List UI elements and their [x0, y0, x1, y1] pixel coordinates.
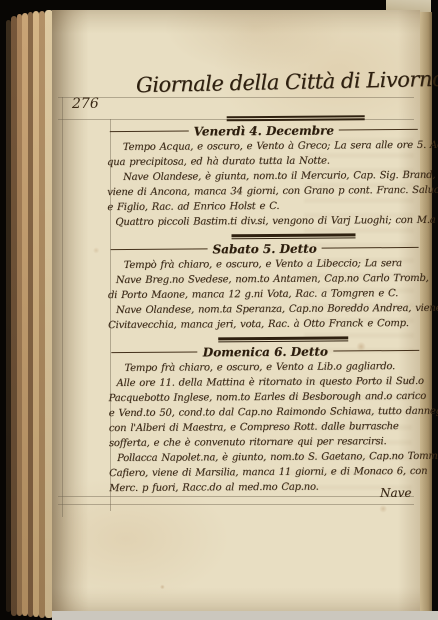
entry-divider-rule	[218, 336, 348, 342]
catchword: Nave	[380, 486, 412, 500]
ruled-margin-line	[58, 496, 414, 497]
ruled-margin-line	[58, 504, 414, 505]
entry-divider-rule	[232, 233, 356, 239]
page-title: Giornale della Città di Livorno	[136, 67, 438, 97]
manuscript-line: viene di Ancona, manca 34 giorni, con Gr…	[105, 183, 423, 200]
scanner-bed-strip	[52, 611, 438, 620]
entry-date-heading: Domenica 6. Detto	[203, 344, 328, 359]
entry-date-heading: Venerdì 4. Decembre	[194, 123, 334, 138]
folio-number: 276	[72, 96, 99, 112]
journal-entry-friday: Venerdì 4. Decembre Tempo Acqua, e oscur…	[105, 115, 424, 230]
ruled-margin-line	[58, 97, 414, 98]
heading-dash-rule	[110, 131, 189, 133]
heading-dash-rule	[322, 247, 419, 249]
heading-dash-rule	[339, 129, 418, 131]
entry-date-heading: Sabato 5. Detto	[212, 241, 316, 256]
entry-divider-rule	[227, 115, 365, 121]
ruled-margin-line	[62, 97, 63, 517]
manuscript-page: 276 Giornale della Città di Livorno Vene…	[52, 10, 420, 611]
heading-dash-rule	[333, 350, 419, 352]
entry-heading-row: Venerdì 4. Decembre	[105, 121, 423, 140]
journal-entry-sunday: Domenica 6. Detto Tempo frà chiaro, e os…	[106, 336, 425, 496]
heading-dash-rule	[111, 351, 197, 353]
journal-text-block: Venerdì 4. Decembre Tempo Acqua, e oscur…	[105, 115, 426, 496]
manuscript-line: Tempo Acqua, e oscuro, e Vento à Greco; …	[105, 138, 423, 155]
journal-entry-saturday: Sabato 5. Detto Tempò frà chiaro, e oscu…	[106, 233, 425, 333]
manuscript-line: Civitavecchia, manca jeri, vota, Rac. à …	[106, 316, 424, 333]
book-gutter	[0, 0, 52, 620]
manuscript-line: Cafiero, viene di Marsilia, manca 11 gio…	[107, 464, 425, 481]
manuscript-line: Quattro piccoli Bastim.ti div.si, vengon…	[105, 213, 423, 230]
heading-dash-rule	[111, 248, 208, 250]
manuscript-line: Merc. p fuori, Racc.do al med.mo Cap.no.	[107, 479, 425, 496]
